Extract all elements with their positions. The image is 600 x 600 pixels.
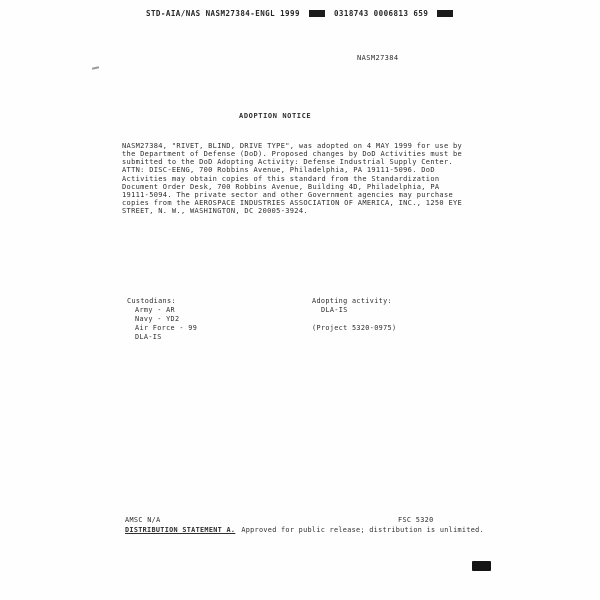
adopting-activity-section: Adopting activity: DLA-IS (Project 5320-… — [312, 297, 396, 333]
body-line: submitted to the DoD Adopting Activity: … — [122, 158, 486, 166]
body-line: Activities may obtain copies of this sta… — [122, 175, 486, 183]
adopting-activity-label: Adopting activity: — [312, 297, 396, 306]
body-line: the Department of Defense (DoD). Propose… — [122, 150, 486, 158]
body-line: Document Order Desk, 700 Robbins Avenue,… — [122, 183, 486, 191]
distribution-statement: DISTRIBUTION STATEMENT A.Approved for pu… — [125, 526, 484, 534]
project-number: (Project 5320-0975) — [312, 324, 396, 333]
document-number: NASM27384 — [357, 54, 399, 62]
distribution-statement-label: DISTRIBUTION STATEMENT A. — [125, 526, 235, 534]
body-line: 19111-5094. The private sector and other… — [122, 191, 486, 199]
fsc-code: FSC 5320 — [398, 516, 434, 524]
notice-body-paragraph: NASM27384, "RIVET, BLIND, DRIVE TYPE", w… — [122, 142, 486, 215]
adopting-activity-value: DLA-IS — [312, 306, 396, 315]
barcode-block-icon — [309, 10, 325, 17]
custodians-label: Custodians: — [127, 297, 197, 306]
amsc-code: AMSC N/A — [125, 516, 161, 524]
custodian-item-navy: Navy - YD2 — [127, 315, 197, 324]
scan-artifact-blob — [472, 561, 491, 571]
scanned-document-page: STD-AIA/NAS NASM27384-ENGL 1999 0318743 … — [0, 0, 600, 600]
custodian-item-army: Army - AR — [127, 306, 197, 315]
custodian-item-dla: DLA-IS — [127, 333, 197, 342]
custodian-item-air-force: Air Force - 99 — [127, 324, 197, 333]
custodians-section: Custodians: Army - AR Navy - YD2 Air For… — [127, 297, 197, 342]
body-line: NASM27384, "RIVET, BLIND, DRIVE TYPE", w… — [122, 142, 486, 150]
distribution-statement-text: Approved for public release; distributio… — [241, 526, 484, 534]
scan-header-line: STD-AIA/NAS NASM27384-ENGL 1999 0318743 … — [146, 9, 453, 18]
scan-header-left-text: STD-AIA/NAS NASM27384-ENGL 1999 — [146, 9, 300, 18]
barcode-block-icon — [437, 10, 453, 17]
page-title: ADOPTION NOTICE — [239, 112, 311, 120]
body-line: ATTN: DISC-EENG, 700 Robbins Avenue, Phi… — [122, 166, 486, 174]
scan-header-code-text: 0318743 0006813 659 — [334, 9, 428, 18]
scan-artifact-dash — [92, 66, 99, 69]
body-line: STREET, N. W., WASHINGTON, DC 20005-3924… — [122, 207, 486, 215]
body-line: copies from the AEROSPACE INDUSTRIES ASS… — [122, 199, 486, 207]
